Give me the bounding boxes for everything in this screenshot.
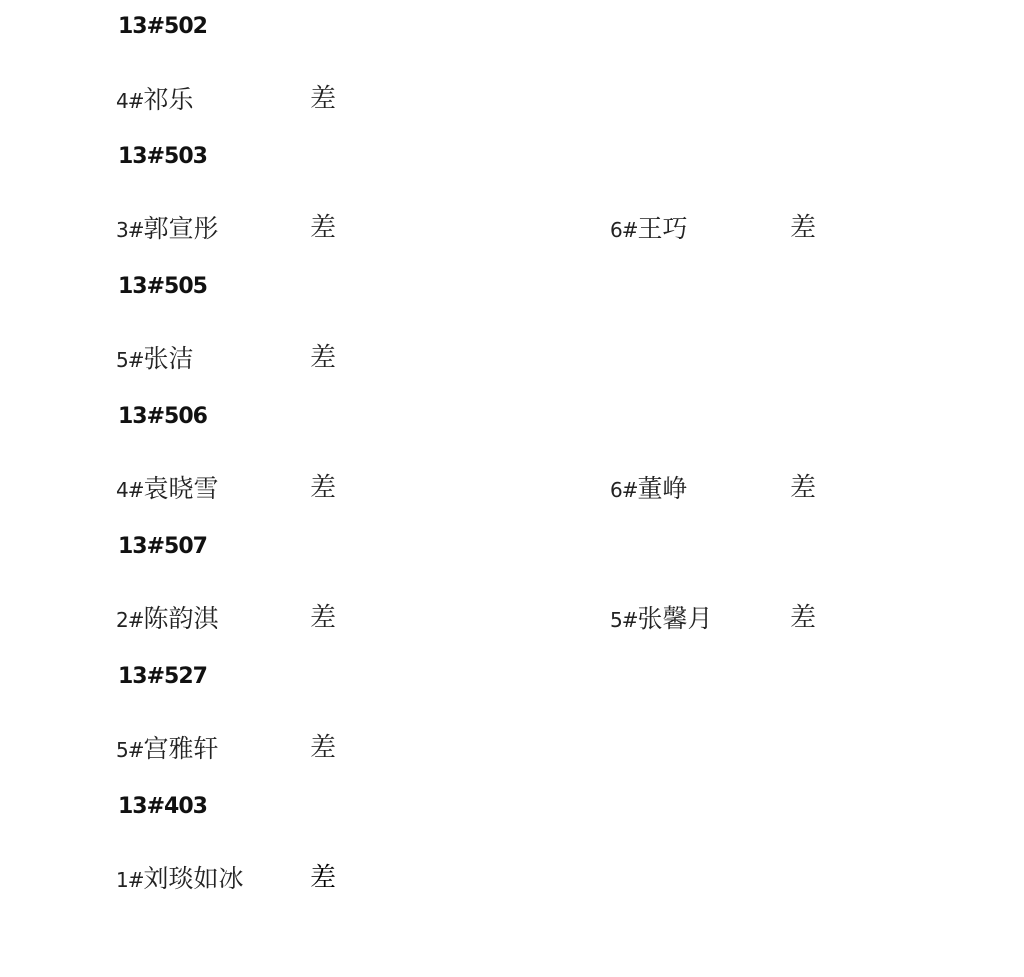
grade-label: 差 xyxy=(310,467,336,504)
grade-label: 差 xyxy=(310,597,336,634)
student-entry: 2#陈韵淇 xyxy=(116,599,219,635)
student-name: 刘琰如冰 xyxy=(143,864,243,893)
bed-number: 1# xyxy=(116,868,143,892)
student-name: 郭宣彤 xyxy=(143,214,218,243)
grade-label: 差 xyxy=(790,207,816,244)
room-heading: 13#505 xyxy=(118,274,207,299)
grade-label: 差 xyxy=(310,727,336,764)
student-name: 陈韵淇 xyxy=(143,604,218,633)
student-entry: 1#刘琰如冰 xyxy=(116,859,244,895)
student-entry: 5#张洁 xyxy=(116,339,194,375)
bed-number: 2# xyxy=(116,608,143,632)
grade-label: 差 xyxy=(310,337,336,374)
room-heading: 13#506 xyxy=(118,404,207,429)
student-entry: 4#祁乐 xyxy=(116,80,194,116)
student-name: 张洁 xyxy=(143,344,193,373)
grade-label: 差 xyxy=(790,467,816,504)
grade-label: 差 xyxy=(790,597,816,634)
room-heading: 13#502 xyxy=(118,14,207,39)
student-name: 宫雅轩 xyxy=(143,734,218,763)
student-entry: 6#王巧 xyxy=(610,209,688,245)
bed-number: 5# xyxy=(116,738,143,762)
student-entry: 6#董峥 xyxy=(610,469,688,505)
student-entry: 4#袁晓雪 xyxy=(116,469,219,505)
student-entry: 5#宫雅轩 xyxy=(116,729,219,765)
student-name: 王巧 xyxy=(637,214,687,243)
student-entry: 5#张馨月 xyxy=(610,599,713,635)
student-name: 袁晓雪 xyxy=(143,474,218,503)
student-name: 祁乐 xyxy=(143,85,193,114)
room-heading: 13#503 xyxy=(118,144,207,169)
room-heading: 13#527 xyxy=(118,664,207,689)
bed-number: 4# xyxy=(116,478,143,502)
student-name: 张馨月 xyxy=(637,604,712,633)
bed-number: 3# xyxy=(116,218,143,242)
student-entry: 3#郭宣彤 xyxy=(116,209,219,245)
grade-label: 差 xyxy=(310,207,336,244)
bed-number: 5# xyxy=(610,608,637,632)
student-name: 董峥 xyxy=(637,474,687,503)
bed-number: 6# xyxy=(610,218,637,242)
grade-label: 差 xyxy=(310,857,336,894)
bed-number: 6# xyxy=(610,478,637,502)
bed-number: 5# xyxy=(116,348,143,372)
room-heading: 13#507 xyxy=(118,534,207,559)
bed-number: 4# xyxy=(116,89,143,113)
grade-label: 差 xyxy=(310,78,336,115)
room-heading: 13#403 xyxy=(118,794,207,819)
dorm-inspection-document: 13#502 4#祁乐 差 13#503 3#郭宣彤 差 6#王巧 差 13#5… xyxy=(0,0,1024,977)
